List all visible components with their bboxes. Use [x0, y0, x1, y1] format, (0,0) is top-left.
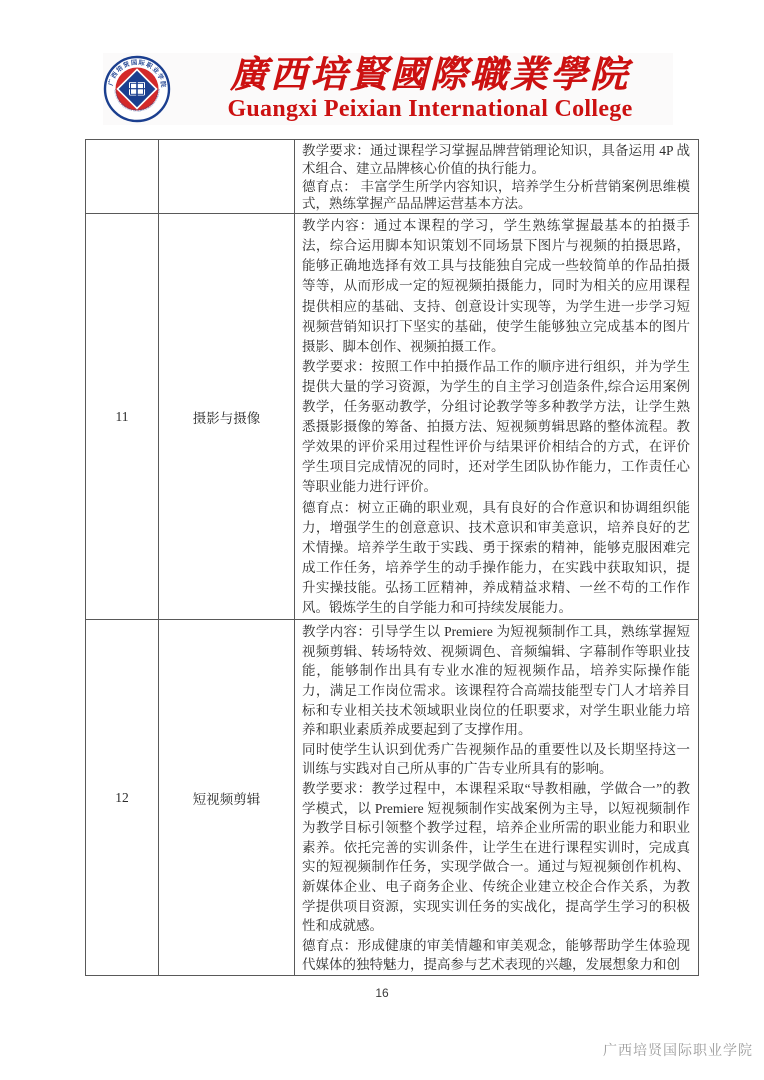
table-row-continuation: 教学要求：通过课程学习掌握品牌营销理论知识，具备运用 4P 战术组合、建立品牌核…	[86, 140, 699, 214]
course-content-cell: 教学内容：引导学生以 Premiere 为短视频制作工具，熟练掌握短视频剪辑、转…	[295, 620, 699, 976]
course-table: 教学要求：通过课程学习掌握品牌营销理论知识，具备运用 4P 战术组合、建立品牌核…	[85, 139, 699, 976]
document-page: 广西培贤国际职业学院 GUANGXI PEIXIAN INTERNATIONAL…	[0, 0, 764, 1080]
teaching-paragraph: 德育点：形成健康的审美情趣和审美观念，能够帮助学生体验现代媒体的独特魅力，提高参…	[302, 936, 690, 975]
teaching-paragraph: 教学内容：引导学生以 Premiere 为短视频制作工具，熟练掌握短视频剪辑、转…	[302, 622, 690, 740]
teaching-paragraph: 教学要求：通过课程学习掌握品牌营销理论知识，具备运用 4P 战术组合、建立品牌核…	[302, 142, 690, 178]
footer-college-name: 广西培贤国际职业学院	[603, 1040, 753, 1060]
course-name-cell: 短视频剪辑	[159, 620, 295, 976]
college-title-english: Guangxi Peixian International College	[227, 96, 632, 122]
teaching-paragraph: 德育点：树立正确的职业观，具有良好的合作意识和协调组织能力，增强学生的创意意识、…	[302, 498, 690, 619]
course-number-cell	[86, 140, 159, 214]
teaching-paragraph: 教学要求：教学过程中，本课程采取“导教相融，学做合一”的教学模式，以 Premi…	[302, 779, 690, 936]
course-number-cell: 11	[86, 214, 159, 620]
teaching-paragraph: 德育点： 丰富学生所学内容知识，培养学生分析营销案例思维模式，熟练掌握产品品牌运…	[302, 178, 690, 214]
college-logo-icon: 广西培贤国际职业学院 GUANGXI PEIXIAN INTERNATIONAL…	[103, 55, 171, 123]
course-name-cell: 摄影与摄像	[159, 214, 295, 620]
course-content-cell: 教学内容：通过本课程的学习，学生熟练掌握最基本的拍摄手法，综合运用脚本知识策划不…	[295, 214, 699, 620]
teaching-paragraph: 教学内容：通过本课程的学习，学生熟练掌握最基本的拍摄手法，综合运用脚本知识策划不…	[302, 216, 690, 357]
course-number-cell: 12	[86, 620, 159, 976]
table-row-course-12: 12 短视频剪辑 教学内容：引导学生以 Premiere 为短视频制作工具，熟练…	[86, 620, 699, 976]
page-number: 16	[0, 986, 764, 1000]
college-title-chinese: 廣西培賢國際職業學院	[230, 56, 630, 96]
teaching-paragraph: 教学要求：按照工作中拍摄作品工作的顺序进行组织，并为学生提供大量的学习资源，为学…	[302, 357, 690, 498]
table-row-course-11: 11 摄影与摄像 教学内容：通过本课程的学习，学生熟练掌握最基本的拍摄手法，综合…	[86, 214, 699, 620]
college-titles: 廣西培賢國際職業學院 Guangxi Peixian International…	[187, 56, 673, 122]
college-header: 广西培贤国际职业学院 GUANGXI PEIXIAN INTERNATIONAL…	[103, 53, 673, 125]
course-name-cell	[159, 140, 295, 214]
course-content-cell: 教学要求：通过课程学习掌握品牌营销理论知识，具备运用 4P 战术组合、建立品牌核…	[295, 140, 699, 214]
teaching-paragraph: 同时使学生认识到优秀广告视频作品的重要性以及长期坚持这一训练与实践对自己所从事的…	[302, 740, 690, 779]
